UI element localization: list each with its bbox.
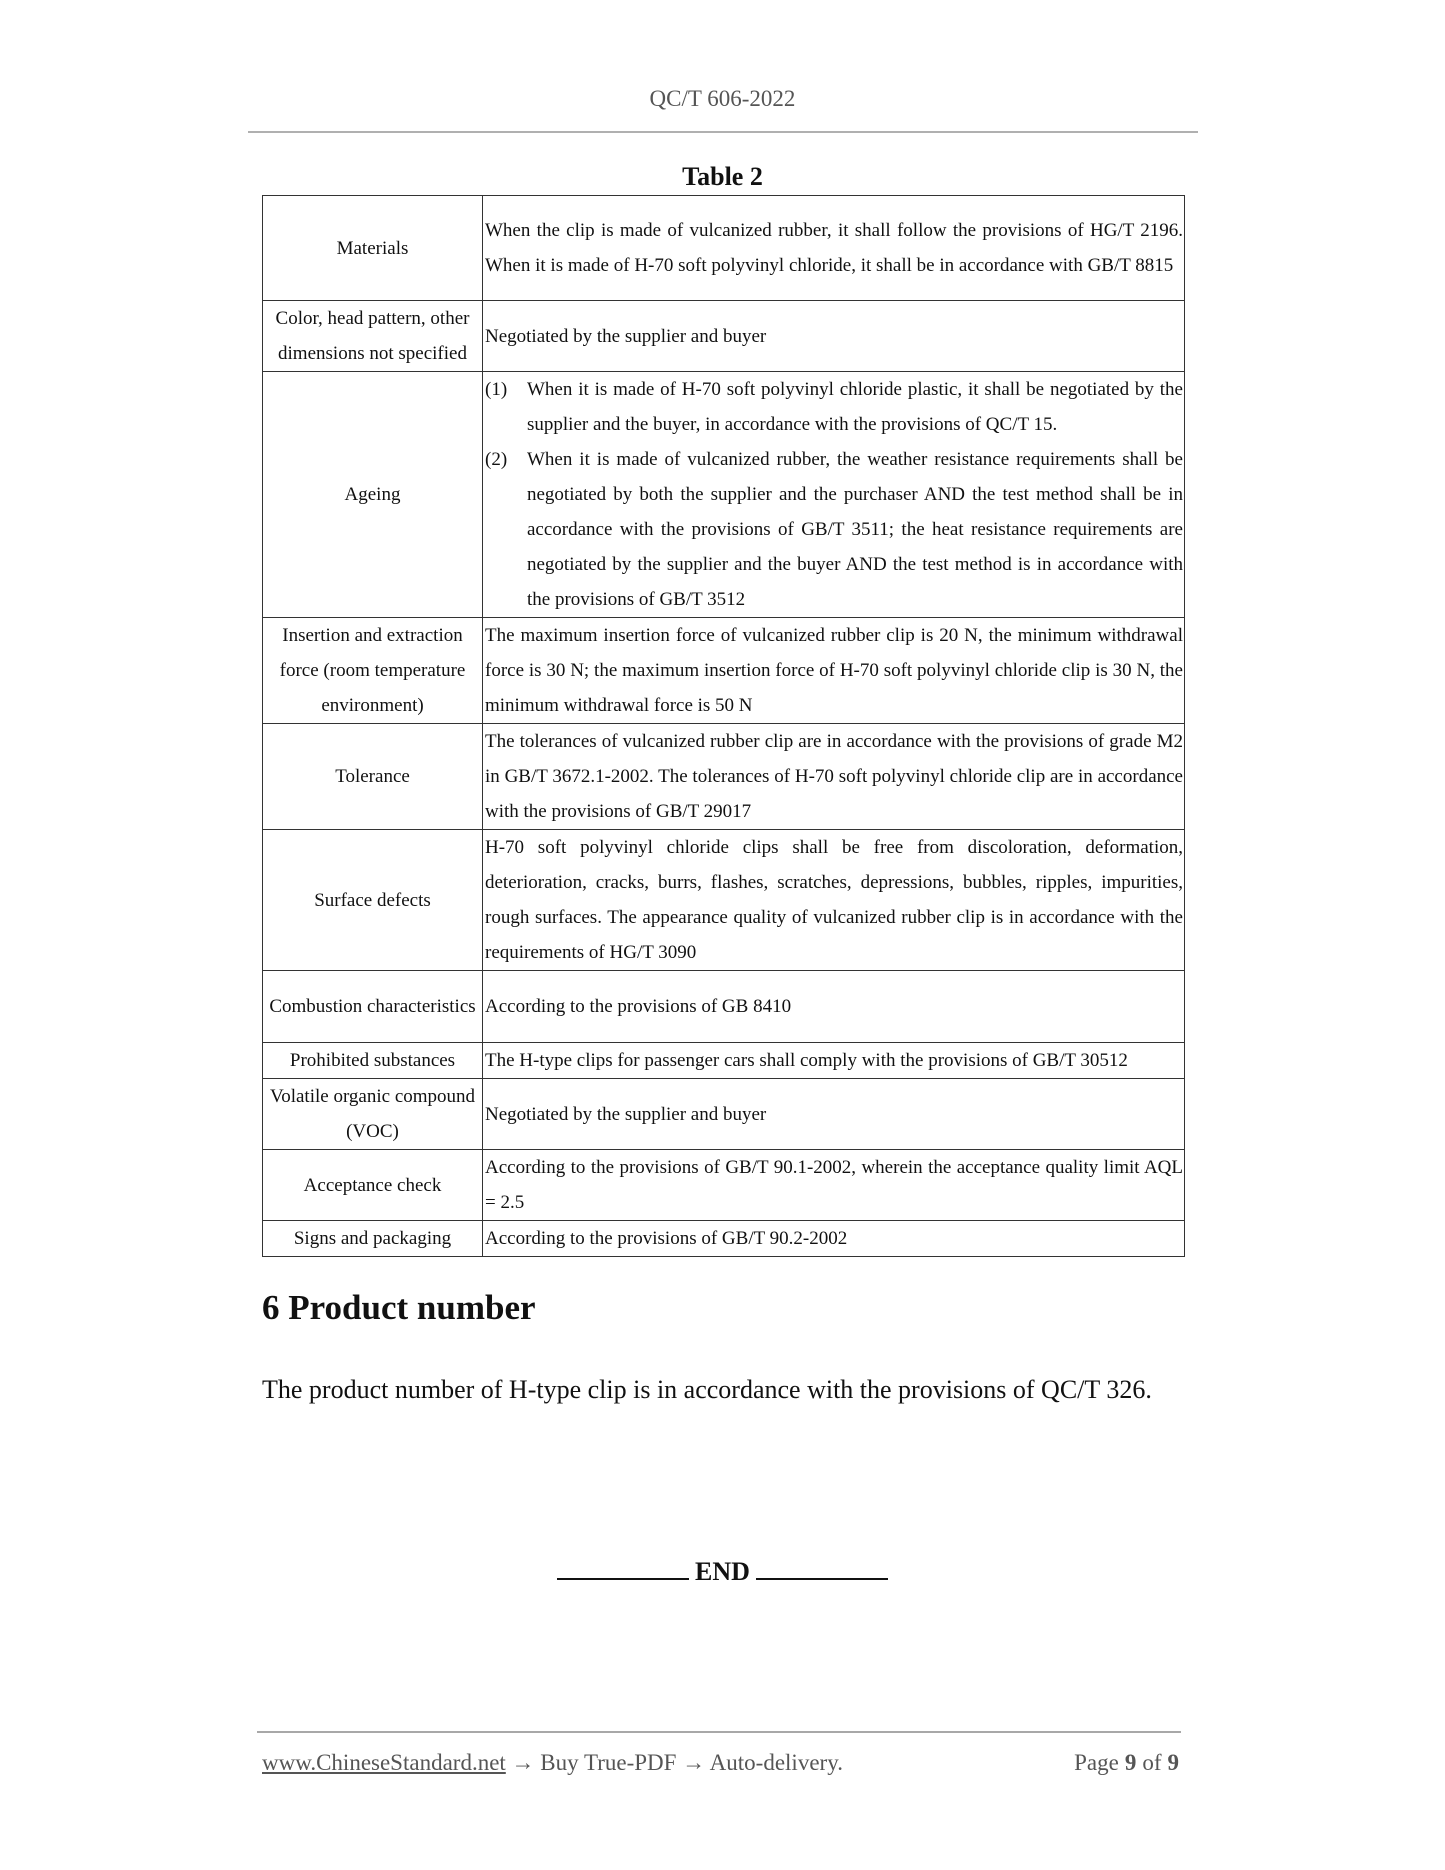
row-key: Acceptance check <box>263 1150 483 1221</box>
list-item: (1) When it is made of H-70 soft polyvin… <box>485 372 1183 442</box>
table-row: Signs and packaging According to the pro… <box>263 1221 1185 1257</box>
requirements-table: Materials When the clip is made of vulca… <box>262 195 1185 1257</box>
row-value: According to the provisions of GB 8410 <box>483 971 1185 1043</box>
row-key: Combustion characteristics <box>263 971 483 1043</box>
of-label: of <box>1142 1750 1161 1775</box>
table-row: Materials When the clip is made of vulca… <box>263 196 1185 301</box>
section-heading: 6 Product number <box>262 1288 536 1328</box>
list-number: (2) <box>485 442 527 617</box>
row-value: Negotiated by the supplier and buyer <box>483 1079 1185 1150</box>
footer-step-buy: Buy True-PDF <box>540 1750 676 1775</box>
section-paragraph: The product number of H-type clip is in … <box>262 1375 1152 1405</box>
footer-step-delivery: Auto-delivery. <box>710 1750 843 1775</box>
footer-promo: www.ChineseStandard.net → Buy True-PDF →… <box>262 1750 843 1776</box>
row-key: Surface defects <box>263 830 483 971</box>
table-title: Table 2 <box>0 162 1445 192</box>
row-key: Volatile organic compound (VOC) <box>263 1079 483 1150</box>
page-indicator: Page9of9 <box>1074 1750 1179 1776</box>
row-key: Ageing <box>263 372 483 618</box>
end-text: END <box>695 1557 750 1586</box>
end-rule-left <box>557 1556 689 1580</box>
document-code-header: QC/T 606-2022 <box>0 86 1445 112</box>
row-value: (1) When it is made of H-70 soft polyvin… <box>483 372 1185 618</box>
table-row: Insertion and extraction force (room tem… <box>263 618 1185 724</box>
arrow-right-icon: → <box>682 1750 705 1775</box>
row-key: Color, head pattern, other dimensions no… <box>263 301 483 372</box>
arrow-right-icon: → <box>512 1750 535 1775</box>
row-value: The maximum insertion force of vulcanize… <box>483 618 1185 724</box>
table-row: Ageing (1) When it is made of H-70 soft … <box>263 372 1185 618</box>
website-link[interactable]: www.ChineseStandard.net <box>262 1750 506 1775</box>
list-item: (2) When it is made of vulcanized rubber… <box>485 442 1183 617</box>
row-key: Prohibited substances <box>263 1043 483 1079</box>
row-value: When the clip is made of vulcanized rubb… <box>483 196 1185 301</box>
row-value: H-70 soft polyvinyl chloride clips shall… <box>483 830 1185 971</box>
table-row: Combustion characteristics According to … <box>263 971 1185 1043</box>
page-current: 9 <box>1125 1750 1137 1775</box>
page-label: Page <box>1074 1750 1119 1775</box>
page-total: 9 <box>1168 1750 1180 1775</box>
row-value: The tolerances of vulcanized rubber clip… <box>483 724 1185 830</box>
table-row: Volatile organic compound (VOC) Negotiat… <box>263 1079 1185 1150</box>
table-row: Acceptance check According to the provis… <box>263 1150 1185 1221</box>
header-divider <box>248 131 1198 133</box>
row-value: The H-type clips for passenger cars shal… <box>483 1043 1185 1079</box>
list-text: When it is made of vulcanized rubber, th… <box>527 442 1183 617</box>
list-text: When it is made of H-70 soft polyvinyl c… <box>527 372 1183 442</box>
table-row: Tolerance The tolerances of vulcanized r… <box>263 724 1185 830</box>
list-number: (1) <box>485 372 527 442</box>
table-row: Surface defects H-70 soft polyvinyl chlo… <box>263 830 1185 971</box>
table-row: Prohibited substances The H-type clips f… <box>263 1043 1185 1079</box>
footer-divider <box>257 1731 1181 1733</box>
row-value: According to the provisions of GB/T 90.2… <box>483 1221 1185 1257</box>
row-key: Insertion and extraction force (room tem… <box>263 618 483 724</box>
end-rule-right <box>756 1556 888 1580</box>
row-key: Signs and packaging <box>263 1221 483 1257</box>
row-key: Tolerance <box>263 724 483 830</box>
row-value: According to the provisions of GB/T 90.1… <box>483 1150 1185 1221</box>
end-marker: END <box>0 1556 1445 1587</box>
row-key: Materials <box>263 196 483 301</box>
table-row: Color, head pattern, other dimensions no… <box>263 301 1185 372</box>
row-value: Negotiated by the supplier and buyer <box>483 301 1185 372</box>
